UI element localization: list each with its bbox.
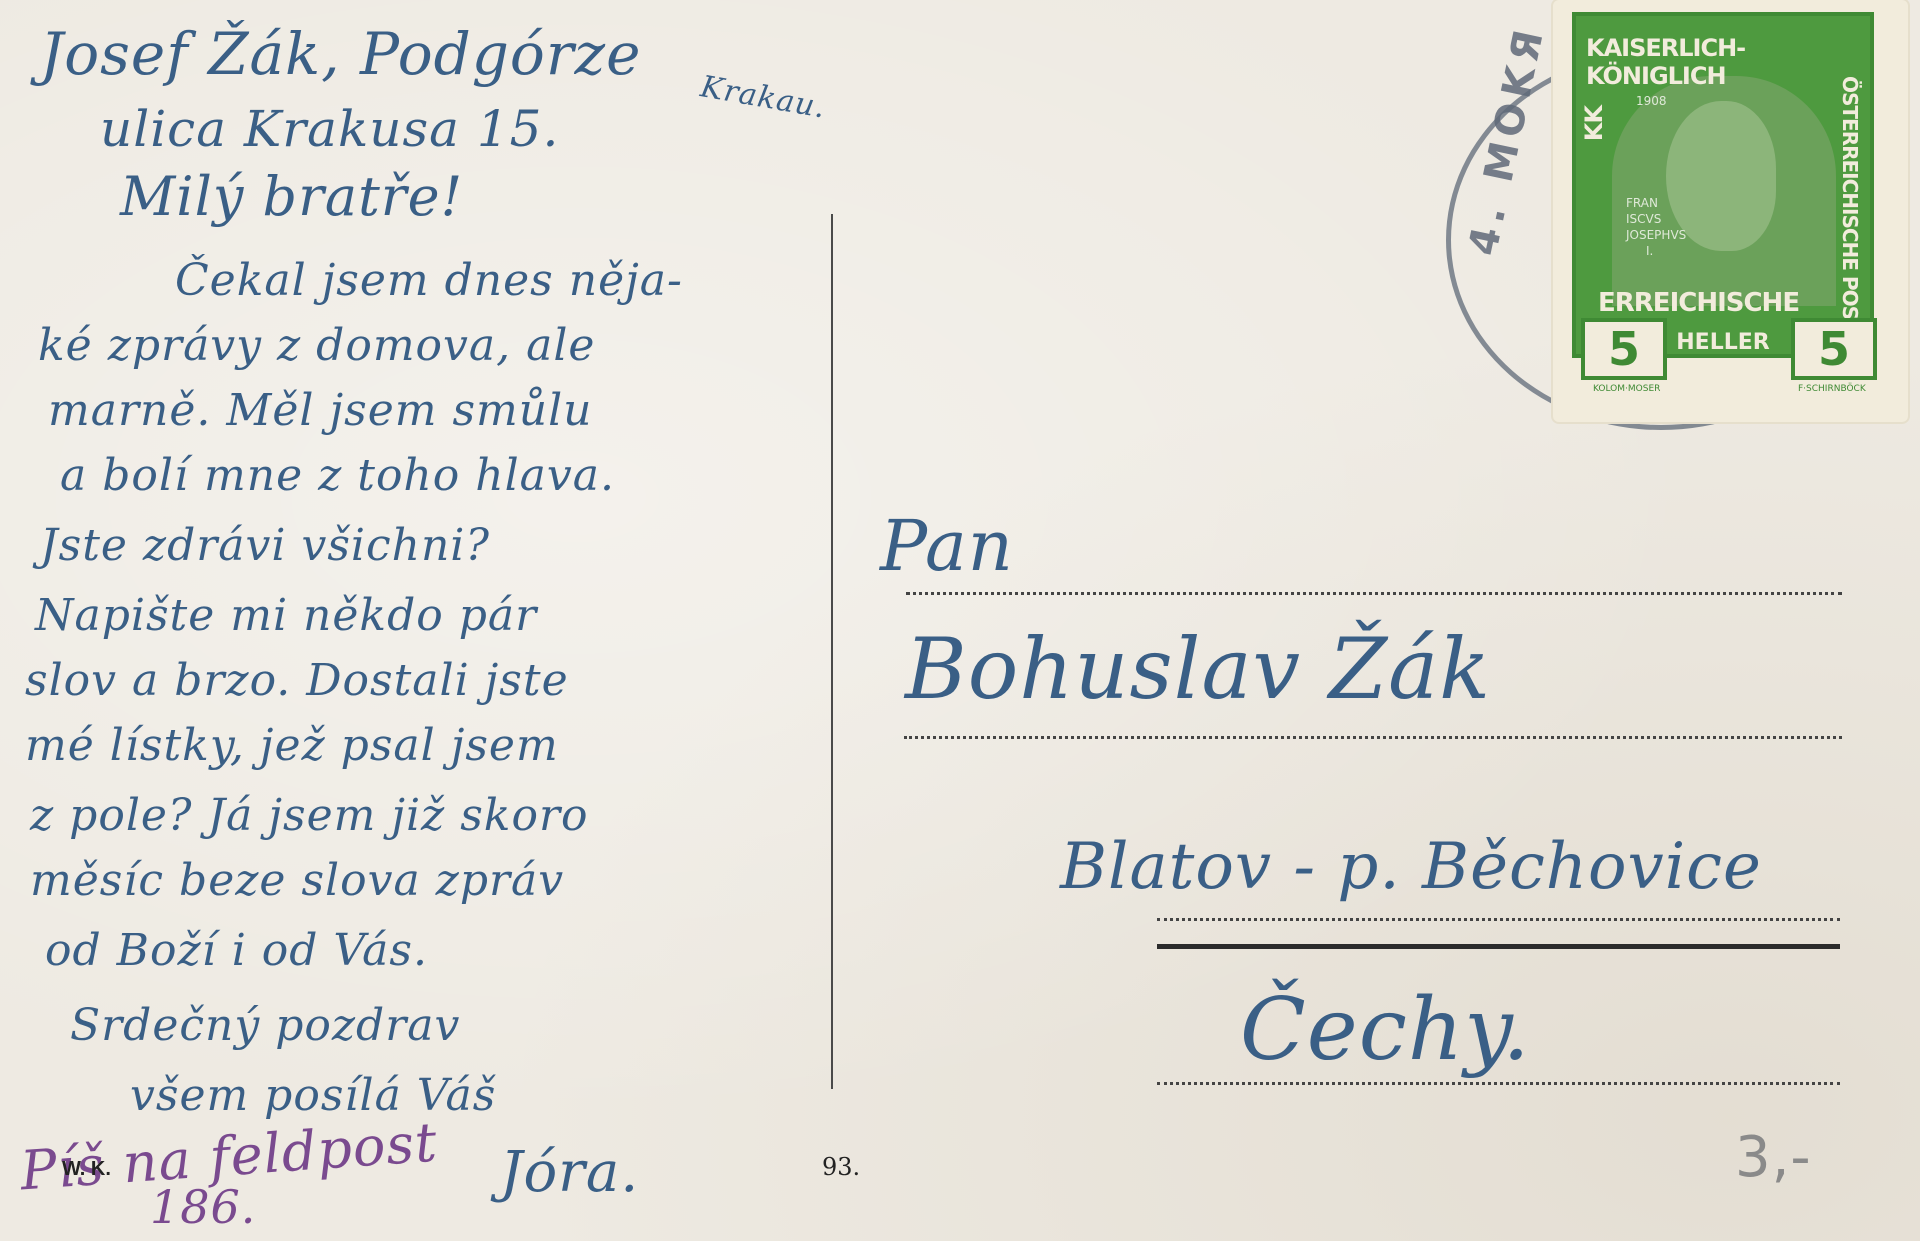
stamp-value-right: 5 [1791, 318, 1877, 380]
stamp-designer: KOLOM·MOSER [1593, 384, 1660, 394]
stamp-caption-3: JOSEPHVS [1626, 228, 1686, 242]
address-line-2 [904, 736, 1842, 739]
stamp-value-left: 5 [1581, 318, 1667, 380]
stamp-engraver: F·SCHIRNBÖCK [1798, 384, 1866, 394]
body-line: Čekal jsem dnes něja- [175, 255, 683, 306]
stamp-frame: KAISERLICH-KÖNIGLICH ERREICHISCHE KK ÖST… [1572, 12, 1874, 358]
body-line: ké zprávy z domova, ale [38, 320, 595, 371]
stamp-caption-1: FRAN [1626, 196, 1658, 210]
address-line-3 [1157, 918, 1840, 921]
stamp-ring-top: KAISERLICH-KÖNIGLICH [1586, 34, 1870, 90]
stamp-caption-4: I. [1646, 244, 1653, 258]
address-country: Čechy. [1240, 980, 1531, 1080]
stamp-ring-bottom: ERREICHISCHE [1598, 288, 1799, 318]
greeting: Milý bratře! [120, 165, 463, 228]
body-line: mé lístky, jež psal jsem [25, 720, 559, 771]
address-underline [1157, 944, 1840, 949]
body-line: a bolí mne z toho hlava. [60, 450, 615, 501]
body-line: marně. Měl jsem smůlu [48, 385, 593, 436]
stamp-ring-left: KK [1580, 106, 1608, 141]
stamp-year: 1908 [1636, 94, 1667, 108]
sender-street-line: ulica Krakusa 15. [100, 100, 559, 158]
pencil-price-note: 3,- [1735, 1125, 1812, 1190]
stamp-ring-right: ÖSTERREICHISCHE POST [1838, 76, 1862, 332]
sender-city: Krakau. [698, 69, 829, 125]
closing-line: Srdečný pozdrav [70, 1000, 460, 1051]
postcard-back: Josef Žák, Podgórze Krakau. ulica Krakus… [0, 0, 1920, 1241]
body-line: slov a brzo. Dostali jste [25, 655, 569, 706]
address-line-1 [906, 592, 1842, 595]
body-line: Jste zdrávi všichni? [40, 520, 490, 571]
stamp-denomination: HELLER [1661, 330, 1785, 355]
body-line: z pole? Já jsem již skoro [30, 790, 588, 841]
signature: Jóra. [500, 1140, 639, 1205]
closing-line: všem posílá Váš [130, 1070, 496, 1121]
address-name: Bohuslav Žák [905, 620, 1491, 718]
feldpost-number: 186. [150, 1180, 256, 1234]
body-line: Napište mi někdo pár [35, 590, 537, 641]
sender-name-line: Josef Žák, Podgórze [40, 20, 641, 88]
center-divider [831, 214, 833, 1089]
body-line: měsíc beze slova zpráv [30, 855, 564, 906]
publisher-mark: W. K. [62, 1158, 111, 1181]
address-town: Blatov - p. Běchovice [1060, 830, 1762, 904]
card-number: 93. [822, 1153, 860, 1181]
address-salutation: Pan [880, 505, 1014, 587]
address-line-4 [1157, 1082, 1840, 1085]
body-line: od Boží i od Vás. [45, 925, 428, 976]
stamp-caption-2: ISCVS [1626, 212, 1661, 226]
postage-stamp: KAISERLICH-KÖNIGLICH ERREICHISCHE KK ÖST… [1553, 0, 1908, 422]
